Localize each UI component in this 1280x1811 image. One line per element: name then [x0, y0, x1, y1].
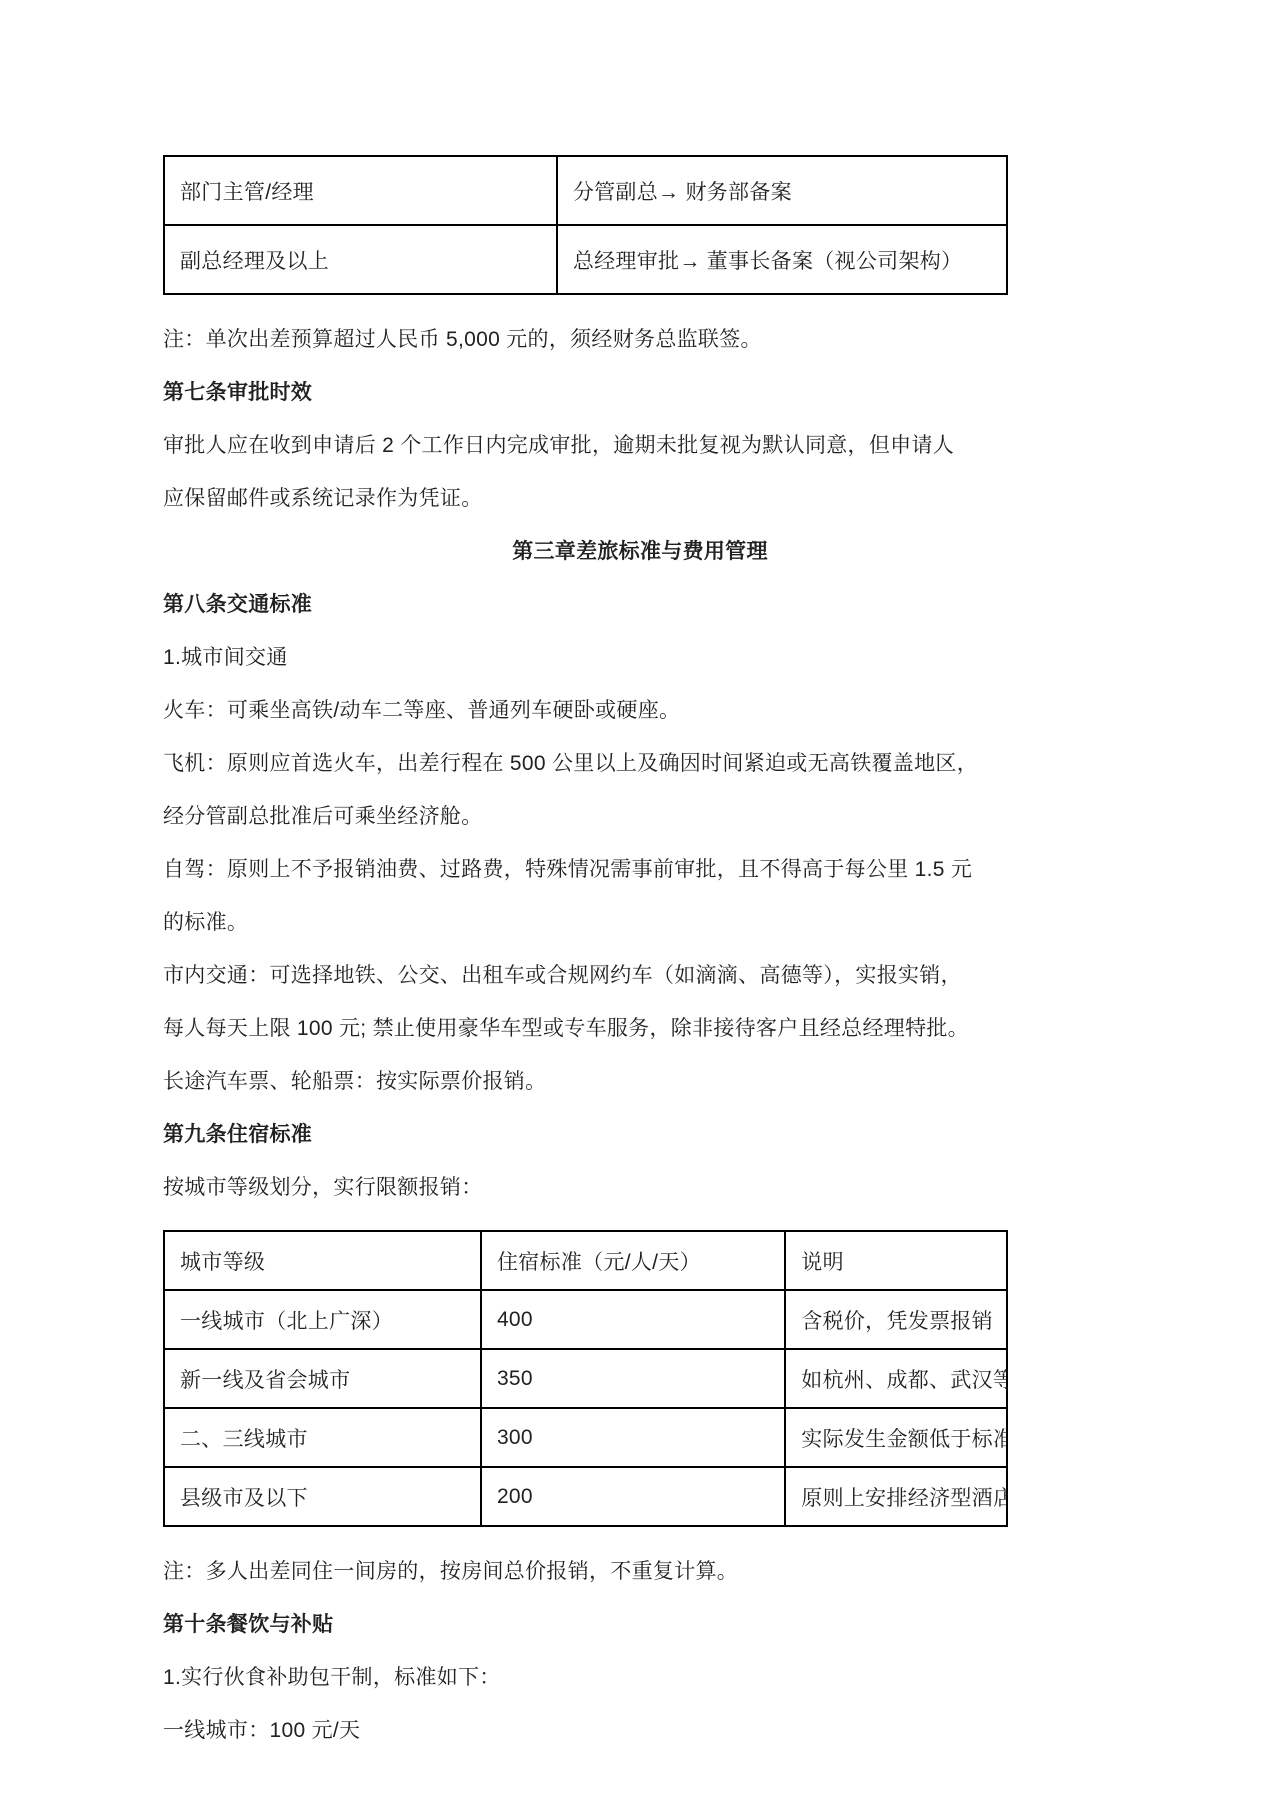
article7-heading: 第七条审批时效 [163, 381, 1117, 405]
chapter3-heading: 第三章差旅标准与费用管理 [163, 540, 1117, 564]
table-cell-desc: 实际发生金额低于标准按实报 [785, 1408, 1007, 1467]
article8-citytraffic-line1: 市内交通：可选择地铁、公交、出租车或合规网约车（如滴滴、高德等），实报实销， [163, 964, 1117, 988]
table-row: 一线城市（北上广深） 400 含税价，凭发票报销 [164, 1290, 1007, 1349]
document-page: 部门主管/经理 分管副总→ 财务部备案 副总经理及以上 总经理审批→ 董事长备案… [0, 0, 1280, 1811]
article8-train: 火车：可乘坐高铁/动车二等座、普通列车硬卧或硬座。 [163, 699, 1117, 723]
table-cell-desc: 如杭州、成都、武汉等 [785, 1349, 1007, 1408]
article10-heading: 第十条餐饮与补贴 [163, 1613, 1117, 1637]
table-cell-tier: 一线城市（北上广深） [164, 1290, 481, 1349]
table-cell-tier: 县级市及以下 [164, 1467, 481, 1526]
table-cell-tier: 二、三线城市 [164, 1408, 481, 1467]
approval-route-table: 部门主管/经理 分管副总→ 财务部备案 副总经理及以上 总经理审批→ 董事长备案… [163, 155, 1008, 295]
table-cell-desc: 原则上安排经济型酒店 [785, 1467, 1007, 1526]
article7-line2: 应保留邮件或系统记录作为凭证。 [163, 487, 1117, 511]
table-header-cell: 城市等级 [164, 1231, 481, 1290]
table-header-row: 城市等级 住宿标准（元/人/天） 说明 [164, 1231, 1007, 1290]
table-cell-role: 副总经理及以上 [164, 225, 557, 294]
table-cell-standard: 300 [481, 1408, 785, 1467]
article8-bus-ship: 长途汽车票、轮船票：按实际票价报销。 [163, 1070, 1117, 1094]
table-row: 部门主管/经理 分管副总→ 财务部备案 [164, 156, 1007, 225]
article8-item1: 1.城市间交通 [163, 646, 1117, 670]
article10-tier1: 一线城市：100 元/天 [163, 1719, 1117, 1743]
document-content: 部门主管/经理 分管副总→ 财务部备案 副总经理及以上 总经理审批→ 董事长备案… [0, 0, 1280, 1743]
table-cell-standard: 350 [481, 1349, 785, 1408]
article10-item1: 1.实行伙食补助包干制，标准如下： [163, 1666, 1117, 1690]
table-row: 县级市及以下 200 原则上安排经济型酒店 [164, 1467, 1007, 1526]
table-header-cell: 住宿标准（元/人/天） [481, 1231, 785, 1290]
table-header-cell: 说明 [785, 1231, 1007, 1290]
table-cell-standard: 200 [481, 1467, 785, 1526]
article8-plane-line2: 经分管副总批准后可乘坐经济舱。 [163, 805, 1117, 829]
article7-line1: 审批人应在收到申请后 2 个工作日内完成审批，逾期未批复视为默认同意，但申请人 [163, 434, 1117, 458]
table-row: 副总经理及以上 总经理审批→ 董事长备案（视公司架构） [164, 225, 1007, 294]
table-cell-flow: 分管副总→ 财务部备案 [557, 156, 1007, 225]
lodging-standard-table: 城市等级 住宿标准（元/人/天） 说明 一线城市（北上广深） 400 含税价，凭… [163, 1230, 1008, 1527]
table-cell-tier: 新一线及省会城市 [164, 1349, 481, 1408]
article8-selfdrive-line2: 的标准。 [163, 911, 1117, 935]
table-row: 新一线及省会城市 350 如杭州、成都、武汉等 [164, 1349, 1007, 1408]
lodging-note: 注：多人出差同住一间房的，按房间总价报销，不重复计算。 [163, 1560, 1117, 1584]
article9-intro: 按城市等级划分，实行限额报销： [163, 1176, 1117, 1200]
article9-heading: 第九条住宿标准 [163, 1123, 1117, 1147]
article8-selfdrive-line1: 自驾：原则上不予报销油费、过路费，特殊情况需事前审批，且不得高于每公里 1.5 … [163, 858, 1117, 882]
article8-plane-line1: 飞机：原则应首选火车，出差行程在 500 公里以上及确因时间紧迫或无高铁覆盖地区… [163, 752, 1117, 776]
article8-heading: 第八条交通标准 [163, 593, 1117, 617]
table-cell-role: 部门主管/经理 [164, 156, 557, 225]
budget-note: 注：单次出差预算超过人民币 5,000 元的，须经财务总监联签。 [163, 328, 1117, 352]
table-cell-flow: 总经理审批→ 董事长备案（视公司架构） [557, 225, 1007, 294]
article8-citytraffic-line2: 每人每天上限 100 元; 禁止使用豪华车型或专车服务，除非接待客户且经总经理特… [163, 1017, 1117, 1041]
table-row: 二、三线城市 300 实际发生金额低于标准按实报 [164, 1408, 1007, 1467]
table-cell-desc: 含税价，凭发票报销 [785, 1290, 1007, 1349]
table-cell-standard: 400 [481, 1290, 785, 1349]
